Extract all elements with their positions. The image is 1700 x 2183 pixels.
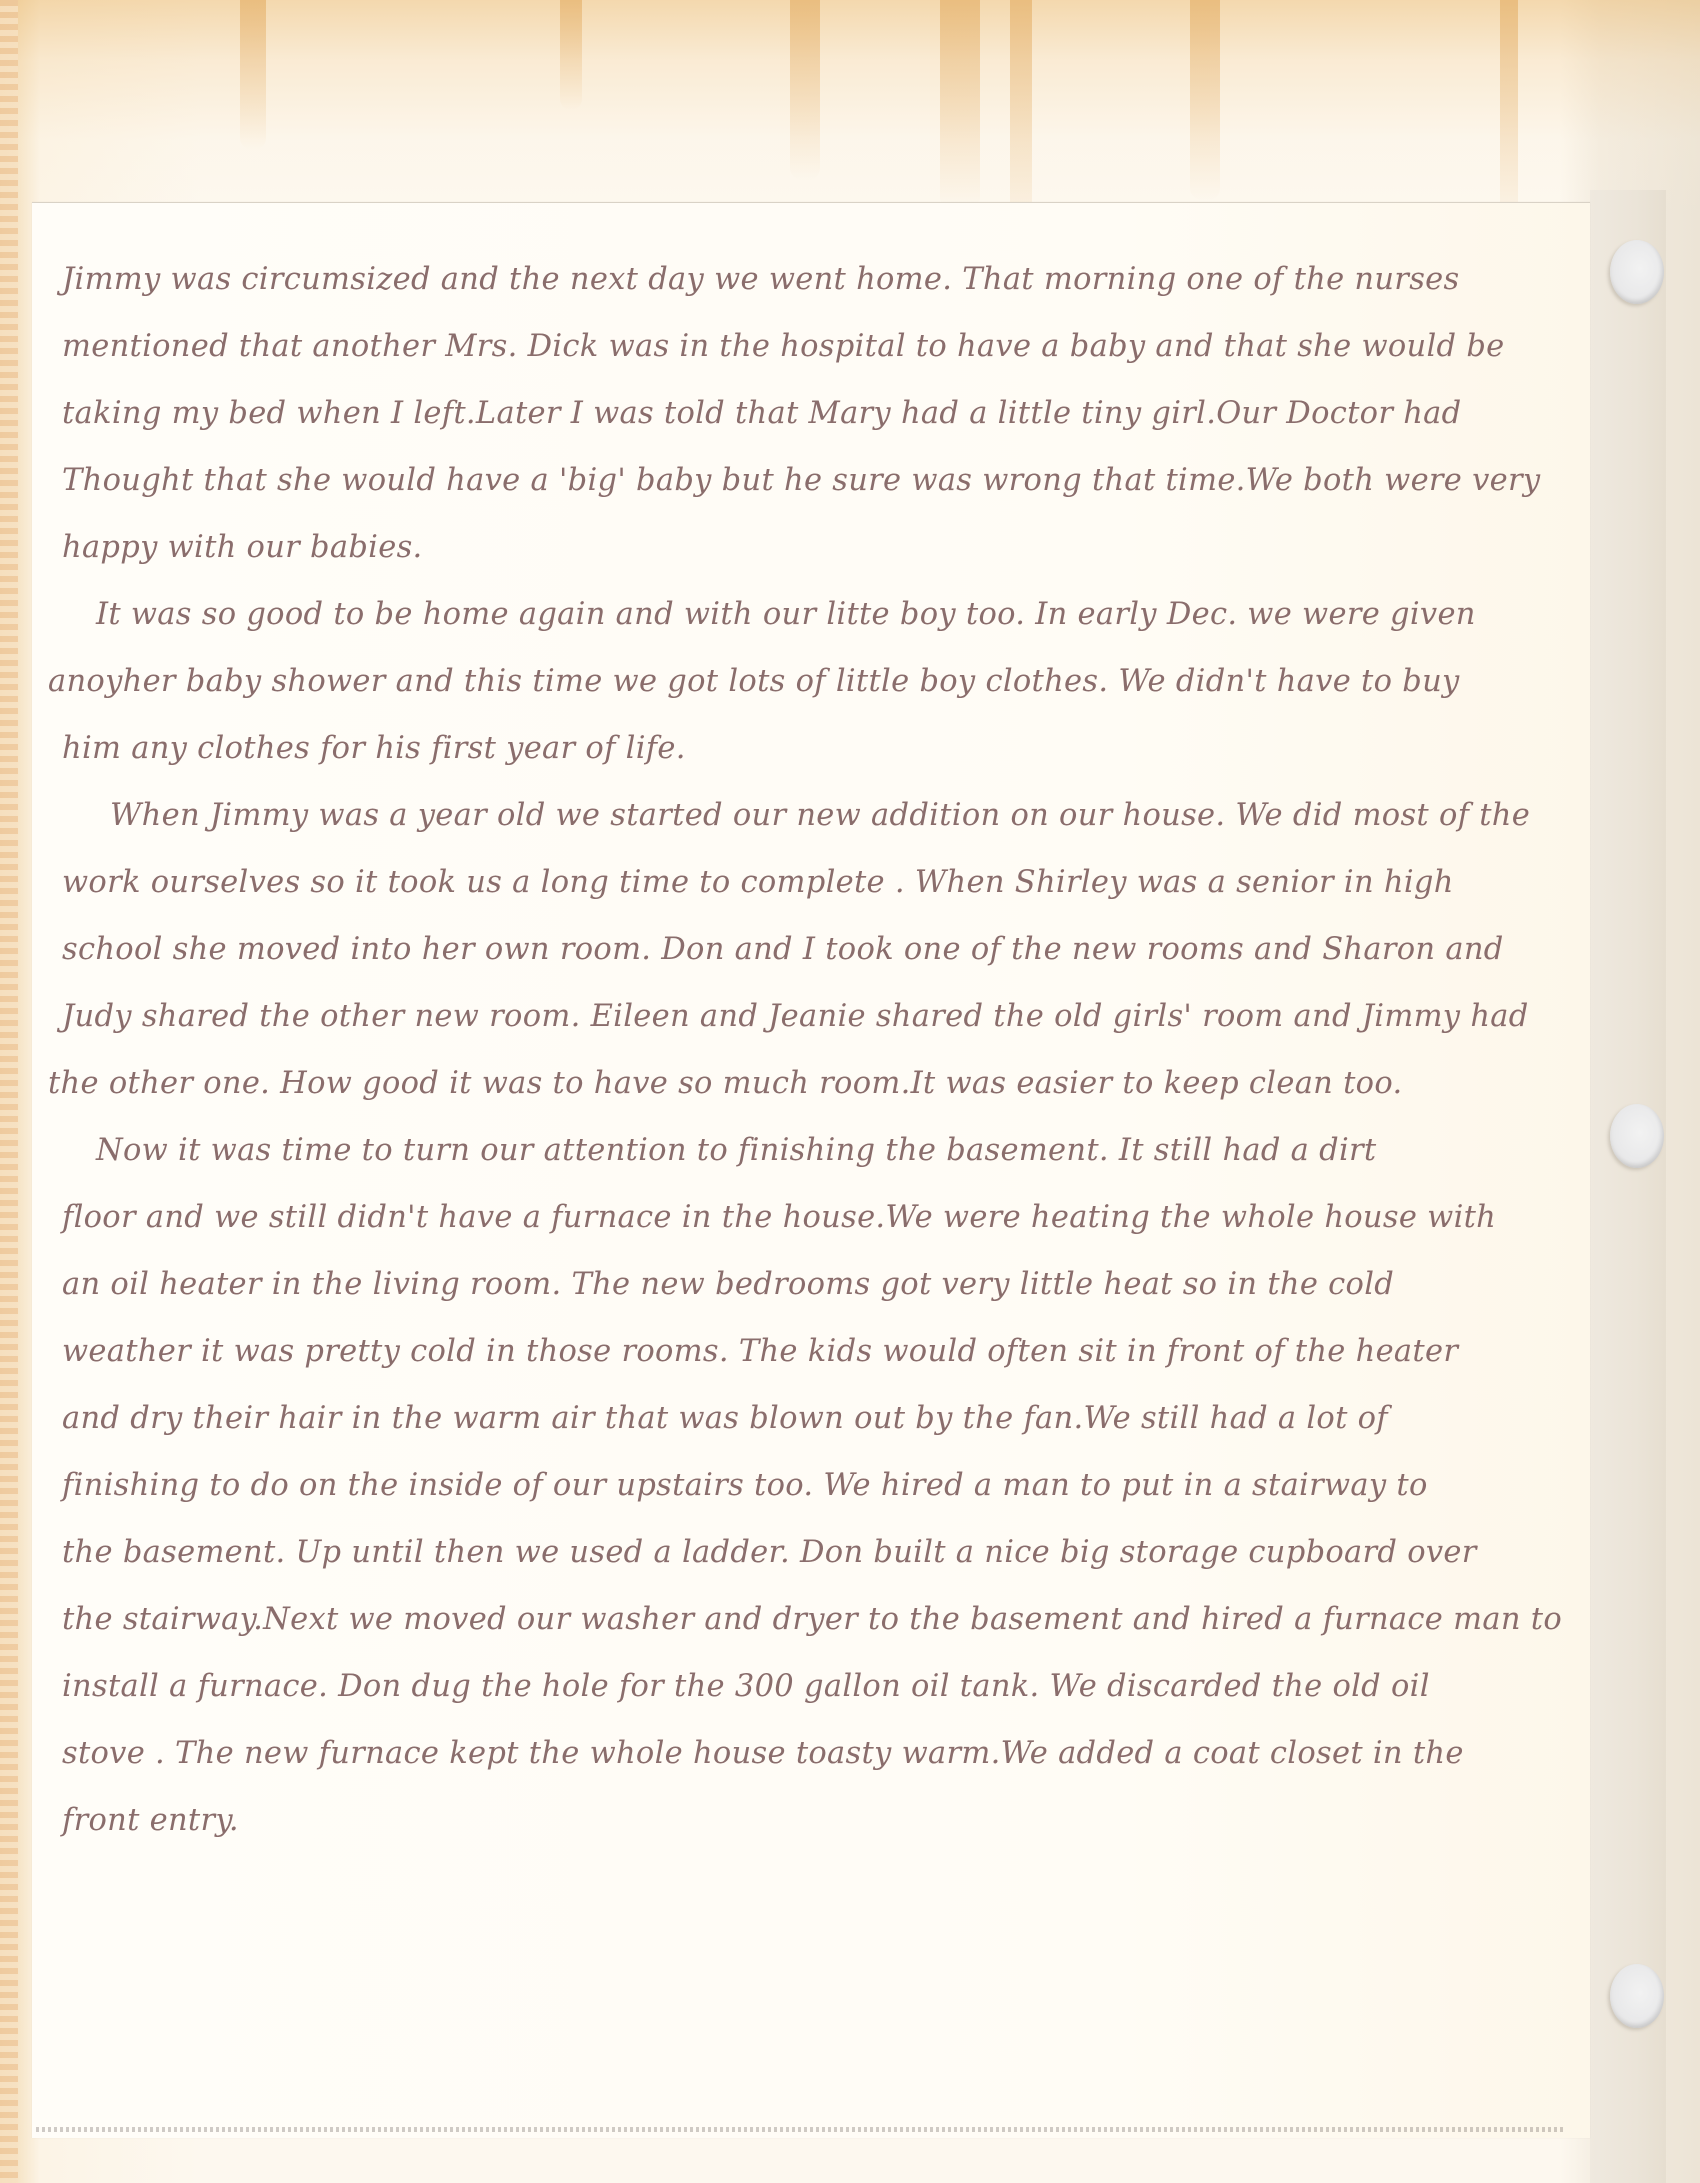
text-line: the other one. How good it was to have s… — [48, 1050, 1582, 1117]
bottom-edge-smudge — [36, 2127, 1566, 2132]
text-line: When Jimmy was a year old we started our… — [62, 782, 1582, 849]
paragraph-4: Now it was time to turn our attention to… — [62, 1117, 1582, 1854]
text-line: finishing to do on the inside of our ups… — [62, 1452, 1582, 1519]
text-line: weather it was pretty cold in those room… — [62, 1318, 1582, 1385]
text-line: Judy shared the other new room. Eileen a… — [62, 983, 1582, 1050]
text-line: happy with our babies. — [62, 514, 1582, 581]
text-line: taking my bed when I left.Later I was to… — [62, 380, 1582, 447]
paragraph-3: When Jimmy was a year old we started our… — [62, 782, 1582, 1117]
text-line: It was so good to be home again and with… — [62, 581, 1582, 648]
text-line: Jimmy was circumsized and the next day w… — [62, 246, 1582, 313]
text-line: stove . The new furnace kept the whole h… — [62, 1720, 1582, 1787]
binder-sheet-protector-edge — [1590, 190, 1666, 2183]
text-line: work ourselves so it took us a long time… — [62, 849, 1582, 916]
text-line: the stairway.Next we moved our washer an… — [62, 1586, 1582, 1653]
text-line: anoyher baby shower and this time we got… — [48, 648, 1582, 715]
water-stain — [240, 0, 266, 150]
left-binding-edge — [0, 0, 18, 2183]
text-line: him any clothes for his first year of li… — [62, 715, 1582, 782]
water-stain — [790, 0, 820, 180]
punch-hole-middle — [1610, 1104, 1664, 1168]
text-line: mentioned that another Mrs. Dick was in … — [62, 313, 1582, 380]
water-stain — [1190, 0, 1220, 200]
text-line: an oil heater in the living room. The ne… — [62, 1251, 1582, 1318]
text-line: and dry their hair in the warm air that … — [62, 1385, 1582, 1452]
text-line: floor and we still didn't have a furnace… — [62, 1184, 1582, 1251]
punch-hole-bottom — [1610, 1964, 1664, 2028]
document-body: Jimmy was circumsized and the next day w… — [62, 246, 1582, 1854]
text-line: install a furnace. Don dug the hole for … — [62, 1653, 1582, 1720]
punch-hole-top — [1610, 240, 1664, 304]
water-stain — [560, 0, 582, 110]
text-line: front entry. — [62, 1787, 1582, 1854]
text-line: the basement. Up until then we used a la… — [62, 1519, 1582, 1586]
text-line: school she moved into her own room. Don … — [62, 916, 1582, 983]
paragraph-1: Jimmy was circumsized and the next day w… — [62, 246, 1582, 581]
paragraph-2: It was so good to be home again and with… — [62, 581, 1582, 782]
text-line: Thought that she would have a 'big' baby… — [62, 447, 1582, 514]
text-line: Now it was time to turn our attention to… — [62, 1117, 1582, 1184]
water-stain — [940, 0, 980, 210]
